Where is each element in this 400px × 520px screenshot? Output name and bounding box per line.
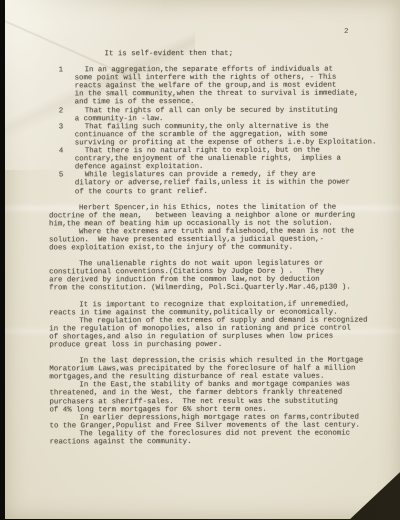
list-item-text: In an aggregation,the separate efforts o… [75, 66, 359, 107]
list-item: 5 While legislatures can provide a remed… [49, 171, 388, 196]
paragraph: In the last depression,the crisis which … [49, 357, 388, 382]
scanner-background: 2 It is self-evident then that; 1 In an … [0, 0, 400, 520]
list-item-number: 5 [49, 172, 75, 196]
paragraph: The unalienable rights do not wait upon … [49, 260, 388, 293]
list-item-number: 3 [49, 123, 75, 147]
list-item-text: That the rights of all can only be secur… [75, 106, 338, 123]
paragraph: The legality of the foreclosures did not… [50, 429, 389, 446]
list-item: 3 That failing such community,the only a… [49, 122, 388, 147]
paragraph-block: Herbert Spencer,in his Ethics, notes the… [49, 203, 388, 252]
list-item-text: That there is no natural right to exploi… [75, 147, 341, 172]
paragraph: It is important to recognize that exploi… [49, 300, 388, 317]
numbered-list: 1 In an aggregation,the separate efforts… [49, 66, 388, 196]
list-item: 4 That there is no natural right to expl… [49, 147, 388, 172]
paper: 2 It is self-evident then that; 1 In an … [5, 0, 400, 519]
paragraph-block: In the last depression,the crisis which … [49, 357, 388, 447]
paragraph: Herbert Spencer,in his Ethics, notes the… [49, 203, 388, 228]
paragraph-block: It is important to recognize that exploi… [49, 300, 388, 349]
list-item: 2 That the rights of all can only be sec… [49, 106, 388, 123]
list-item-number: 4 [49, 147, 75, 171]
paragraph: In the East,the stability of banks and m… [49, 381, 388, 414]
list-item-number: 2 [49, 107, 75, 123]
list-item: 1 In an aggregation,the separate efforts… [49, 66, 388, 107]
paragraph-block: The unalienable rights do not wait upon … [49, 260, 388, 293]
list-item-text: While legislatures can provide a remedy,… [75, 171, 350, 196]
paragraph: In earlier depressions,high mortgage rat… [49, 413, 388, 430]
intro-line: It is self-evident then that; [105, 50, 388, 59]
paragraph: Where the extremes are truth and falseho… [49, 227, 388, 252]
document-body: It is self-evident then that; 1 In an ag… [4, 0, 400, 447]
list-item-text: That failing such community,the only alt… [75, 122, 377, 147]
paragraph: The regulation of the extremes of supply… [49, 316, 388, 349]
list-item-number: 1 [49, 66, 75, 107]
